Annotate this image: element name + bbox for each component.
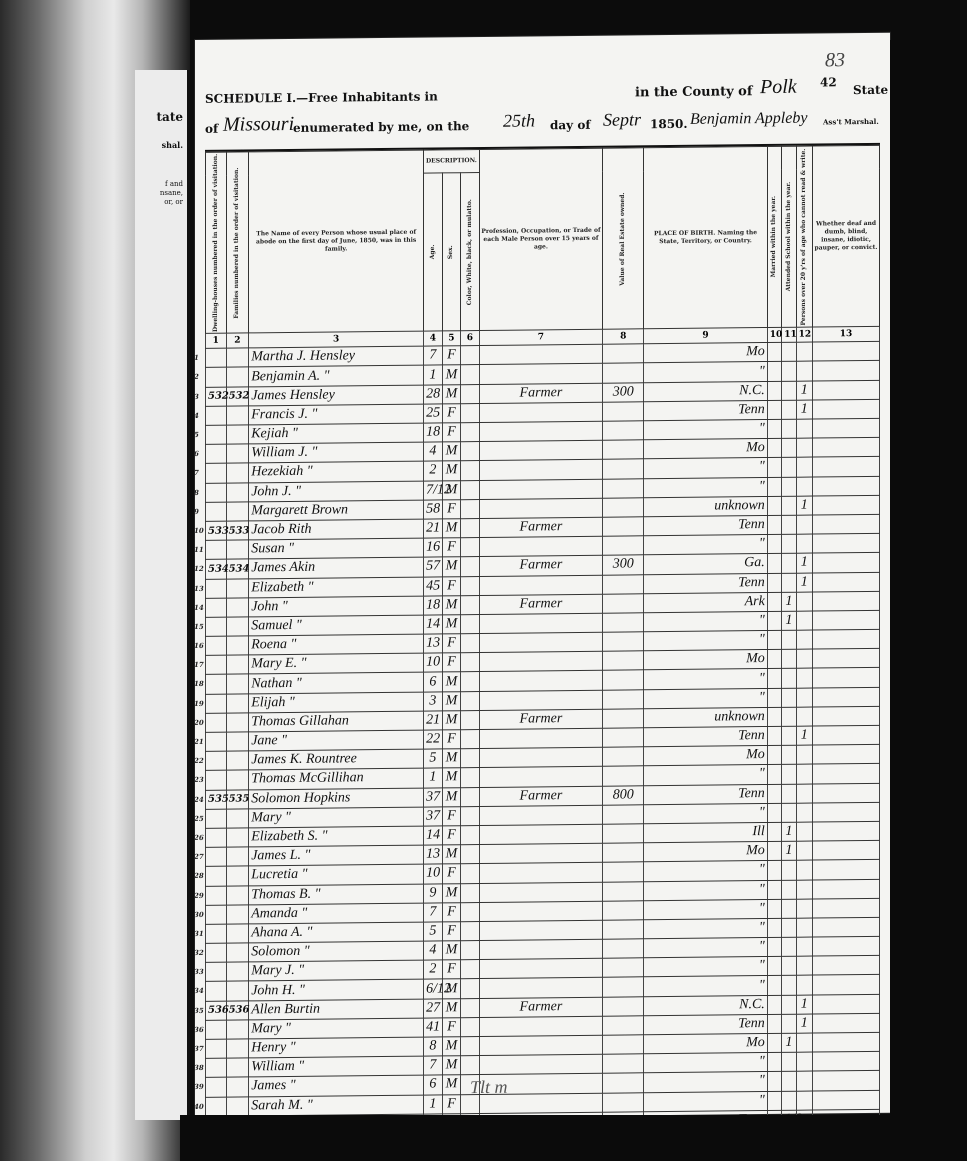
condition [813, 764, 880, 784]
school-mark [782, 995, 796, 1014]
age: 4 [424, 442, 443, 461]
dwelling-number: 25 [206, 809, 227, 828]
line-number: 37 [194, 1044, 204, 1053]
dwelling-number: 40 [206, 1097, 227, 1116]
sex: F [442, 499, 461, 518]
age: 1 [424, 768, 443, 787]
illiterate-mark [796, 784, 812, 803]
age: 5 [424, 922, 443, 941]
sex: M [442, 384, 461, 403]
person-name: Elijah " [249, 692, 424, 713]
census-page: 83 SCHEDULE I.—Free Inhabitants in in th… [195, 33, 890, 1120]
age: 13 [424, 634, 443, 653]
occupation [479, 479, 602, 499]
sex: M [442, 615, 461, 634]
occupation [479, 805, 602, 825]
age: 7/12 [424, 480, 443, 499]
sex: F [442, 346, 461, 365]
occupation [479, 344, 602, 364]
school-mark [782, 899, 796, 918]
occupation [479, 1054, 602, 1074]
school-mark [782, 765, 796, 784]
family-number [226, 617, 249, 636]
school-mark [782, 918, 796, 937]
dwelling-number: 9 [206, 502, 227, 521]
dwelling-number: 5 [206, 425, 227, 444]
age: 58 [424, 500, 443, 519]
census-table: Dwelling-houses numbered in the order of… [205, 143, 880, 1155]
condition [813, 591, 880, 611]
family-number [226, 367, 249, 386]
sex: M [442, 941, 461, 960]
condition [813, 418, 880, 438]
dwelling-value: 533 [208, 525, 229, 536]
family-number [226, 809, 249, 828]
occupation [479, 536, 602, 556]
enumeration-year: 1850. [650, 117, 688, 131]
line-number: 30 [194, 910, 204, 919]
color [461, 845, 480, 864]
age: 7 [424, 903, 443, 922]
occupation [479, 958, 602, 978]
line-number: 27 [194, 852, 204, 861]
real-estate-value [603, 363, 644, 383]
illiterate-mark: 1 [796, 1014, 812, 1033]
sex: M [442, 1075, 461, 1094]
married-mark [767, 592, 781, 611]
real-estate-value [603, 478, 644, 498]
real-estate-value: 300 [603, 555, 644, 575]
real-estate-value [603, 728, 644, 748]
occupation [479, 498, 602, 518]
condition [813, 1071, 880, 1091]
school-mark [782, 1072, 796, 1091]
occupation [479, 671, 602, 691]
condition [813, 956, 880, 976]
school-mark [782, 726, 796, 745]
married-mark [767, 1033, 781, 1052]
school-mark [782, 861, 796, 880]
color [461, 768, 480, 787]
dwelling-number: 37 [206, 1039, 227, 1058]
married-mark [767, 1014, 781, 1033]
occupation [479, 939, 602, 959]
col-header-occupation: Profession, Occupation, or Trade of each… [479, 148, 602, 331]
family-number [226, 540, 249, 559]
married-mark [767, 458, 781, 477]
real-estate-value [603, 536, 644, 556]
dwelling-number: 30 [206, 905, 227, 924]
married-mark [767, 1053, 781, 1072]
school-mark [782, 803, 796, 822]
sex: M [442, 845, 461, 864]
married-mark [767, 880, 781, 899]
sex: F [442, 864, 461, 883]
condition [813, 553, 880, 573]
age: 6/12 [424, 979, 443, 998]
sex: M [442, 365, 461, 384]
dwelling-number: 19 [206, 694, 227, 713]
dwelling-number: 10533 [206, 521, 227, 540]
illiterate-mark [796, 860, 812, 879]
sex: M [442, 442, 461, 461]
condition [813, 783, 880, 803]
person-name: Allen Burtin [249, 999, 424, 1020]
occupation [479, 728, 602, 748]
age: 8 [424, 1037, 443, 1056]
line-number: 39 [194, 1082, 204, 1091]
color [461, 614, 480, 633]
occupation: Farmer [479, 997, 602, 1017]
sex: F [442, 538, 461, 557]
birthplace: " [644, 1091, 767, 1111]
col-header-school: Attended School within the year. [782, 146, 796, 327]
family-number [226, 1058, 249, 1077]
condition [813, 994, 880, 1014]
dwelling-number: 6 [206, 444, 227, 463]
person-name: Mary " [249, 1018, 424, 1039]
illiterate-mark [796, 1052, 812, 1071]
birthplace: N.C. [644, 381, 767, 401]
age: 25 [424, 404, 443, 423]
color [461, 749, 480, 768]
age: 14 [424, 826, 443, 845]
person-name: Samuel " [249, 615, 424, 636]
dwelling-number: 16 [206, 636, 227, 655]
color [461, 806, 480, 825]
occupation [479, 767, 602, 787]
family-number [226, 732, 249, 751]
school-mark: 1 [782, 841, 796, 860]
occupation [479, 978, 602, 998]
sex: F [442, 922, 461, 941]
illiterate-mark [796, 745, 812, 764]
sex: F [442, 634, 461, 653]
dwelling-number: 33 [206, 962, 227, 981]
age: 45 [424, 576, 443, 595]
birthplace: " [644, 362, 767, 382]
col-header-real-estate: Value of Real Estate owned. [603, 148, 644, 330]
illiterate-mark [796, 438, 812, 457]
married-mark [767, 534, 781, 553]
age: 6 [424, 672, 443, 691]
real-estate-value: 300 [603, 382, 644, 402]
birthplace: " [644, 803, 767, 823]
age: 21 [424, 711, 443, 730]
family-number: 535 [226, 790, 249, 809]
real-estate-value: 800 [603, 785, 644, 805]
birthplace: Tenn [644, 400, 767, 420]
school-mark [782, 956, 796, 975]
marshal-label: Ass't Marshal. [823, 117, 879, 127]
condition [813, 821, 880, 841]
person-name: Sarah M. " [249, 1095, 424, 1116]
sex: M [442, 1037, 461, 1056]
age: 37 [424, 787, 443, 806]
occupation [479, 440, 602, 460]
family-number [226, 770, 249, 789]
birthplace: Tenn [644, 784, 767, 804]
school-mark [782, 534, 796, 553]
dwelling-number: 31 [206, 924, 227, 943]
school-mark: 1 [782, 822, 796, 841]
illiterate-mark [796, 1033, 812, 1052]
illiterate-mark: 1 [796, 995, 812, 1014]
family-number [226, 713, 249, 732]
dwelling-number: 1 [206, 348, 227, 367]
person-name: John J. " [249, 481, 424, 502]
person-name: Jacob Rith [249, 519, 424, 540]
dwelling-value: 536 [208, 1005, 229, 1016]
dwelling-number: 39 [206, 1078, 227, 1097]
married-mark [767, 784, 781, 803]
age: 7 [424, 1056, 443, 1075]
birthplace: " [644, 535, 767, 555]
birthplace: Ark [644, 592, 767, 612]
color [461, 384, 480, 403]
family-number [226, 905, 249, 924]
line-number: 36 [194, 1025, 204, 1034]
dwelling-value: 535 [208, 794, 229, 805]
color [461, 403, 480, 422]
illiterate-mark [796, 534, 812, 553]
color [461, 461, 480, 480]
line-number: 33 [194, 967, 204, 976]
school-mark: 1 [782, 611, 796, 630]
family-number: 532 [226, 387, 249, 406]
col-header-married: Married within the year. [767, 146, 781, 327]
color [461, 787, 480, 806]
line-number: 7 [194, 468, 199, 477]
married-mark [767, 803, 781, 822]
age: 57 [424, 557, 443, 576]
dwelling-number: 17 [206, 655, 227, 674]
condition [813, 649, 880, 669]
married-mark [767, 765, 781, 784]
col-header-dwelling: Dwelling-houses numbered in the order of… [206, 152, 227, 333]
line-number: 20 [194, 718, 204, 727]
col-header-sex: Sex. [442, 173, 461, 331]
married-mark [767, 976, 781, 995]
birthplace: " [644, 477, 767, 497]
col-header-birthplace: PLACE OF BIRTH. Naming the State, Territ… [644, 147, 767, 330]
age: 18 [424, 423, 443, 442]
birthplace: Ill [644, 822, 767, 842]
age: 14 [424, 615, 443, 634]
married-mark [767, 611, 781, 630]
color [461, 576, 480, 595]
real-estate-value [603, 1016, 644, 1036]
dwelling-number: 2 [206, 368, 227, 387]
married-mark [767, 861, 781, 880]
family-number [226, 444, 249, 463]
married-mark [767, 630, 781, 649]
color [461, 710, 480, 729]
marshal-signature: Benjamin Appleby [690, 110, 807, 129]
school-mark [782, 630, 796, 649]
line-number: 15 [194, 622, 204, 631]
person-name: Thomas B. " [249, 884, 424, 905]
family-number [226, 751, 249, 770]
real-estate-value [603, 709, 644, 729]
school-mark [782, 688, 796, 707]
person-name: Thomas McGillihan [249, 768, 424, 789]
person-name: Mary " [249, 807, 424, 828]
sex: F [442, 826, 461, 845]
real-estate-value [603, 632, 644, 652]
dwelling-number: 3532 [206, 387, 227, 406]
family-number [226, 1020, 249, 1039]
school-mark [782, 458, 796, 477]
real-estate-value [603, 862, 644, 882]
married-mark [767, 1091, 781, 1110]
dwelling-number: 4 [206, 406, 227, 425]
person-name: Elizabeth S. " [249, 826, 424, 847]
sex: M [442, 998, 461, 1017]
condition [813, 898, 880, 918]
dwelling-number: 27 [206, 847, 227, 866]
real-estate-value [603, 421, 644, 441]
sex: M [442, 883, 461, 902]
dwelling-number: 28 [206, 867, 227, 886]
occupation [479, 843, 602, 863]
occupation: Farmer [479, 594, 602, 614]
real-estate-value [603, 613, 644, 633]
married-mark [767, 515, 781, 534]
enumeration-month: Septr [603, 109, 641, 130]
school-mark [782, 381, 796, 400]
person-name: Amanda " [249, 903, 424, 924]
occupation [479, 651, 602, 671]
real-estate-value [603, 1092, 644, 1112]
birthplace: Ga. [644, 554, 767, 574]
condition [813, 975, 880, 995]
occupation: Farmer [479, 786, 602, 806]
dwelling-value: 532 [208, 391, 229, 402]
age: 13 [424, 845, 443, 864]
dwelling-number: 18 [206, 675, 227, 694]
condition [813, 840, 880, 860]
age: 2 [424, 461, 443, 480]
illiterate-mark [796, 899, 812, 918]
illiterate-mark [796, 611, 812, 630]
line-number: 16 [194, 641, 204, 650]
person-name: James Hensley [249, 385, 424, 406]
line-number: 4 [194, 411, 199, 420]
state-label: State [853, 83, 888, 97]
of-label: of [205, 122, 218, 136]
age: 10 [424, 653, 443, 672]
sex: M [442, 672, 461, 691]
condition [813, 361, 880, 381]
age: 1 [424, 1094, 443, 1113]
married-mark [767, 650, 781, 669]
occupation [479, 882, 602, 902]
family-number [226, 847, 249, 866]
married-mark [767, 669, 781, 688]
person-name: Margarett Brown [249, 500, 424, 521]
color [461, 998, 480, 1017]
header-line-2: of Missouri enumerated by me, on the 25t… [205, 109, 885, 140]
age: 2 [424, 960, 443, 979]
color [461, 346, 480, 365]
person-name: William J. " [249, 442, 424, 463]
line-number: 34 [194, 986, 204, 995]
line-number: 26 [194, 833, 204, 842]
married-mark [767, 419, 781, 438]
color [461, 423, 480, 442]
birthplace: " [644, 688, 767, 708]
dwelling-number: 36 [206, 1020, 227, 1039]
state-name: Missouri [223, 113, 294, 137]
person-name: William " [249, 1056, 424, 1077]
married-mark [767, 746, 781, 765]
condition [813, 687, 880, 707]
person-name: Susan " [249, 538, 424, 559]
age: 28 [424, 385, 443, 404]
age: 9 [424, 883, 443, 902]
illiterate-mark: 1 [796, 400, 812, 419]
real-estate-value [603, 689, 644, 709]
illiterate-mark [796, 1071, 812, 1090]
family-number [226, 924, 249, 943]
school-mark [782, 976, 796, 995]
occupation [479, 1016, 602, 1036]
illiterate-mark [796, 822, 812, 841]
married-mark [767, 726, 781, 745]
age: 16 [424, 538, 443, 557]
school-mark [782, 573, 796, 592]
illiterate-mark [796, 477, 812, 496]
family-number [226, 1077, 249, 1096]
schedule-title: SCHEDULE I.—Free Inhabitants in [205, 89, 438, 105]
sex: F [442, 423, 461, 442]
county-label: in the County of [635, 84, 752, 100]
married-mark [767, 995, 781, 1014]
school-mark [782, 419, 796, 438]
dwelling-number: 26 [206, 828, 227, 847]
birthplace: Mo [644, 343, 767, 363]
real-estate-value [603, 517, 644, 537]
enumeration-day: 25th [503, 110, 535, 131]
dwelling-number: 13 [206, 579, 227, 598]
person-name: James L. " [249, 845, 424, 866]
line-number: 40 [194, 1101, 204, 1110]
occupation [479, 1035, 602, 1055]
line-number: 32 [194, 948, 204, 957]
dwelling-number: 8 [206, 483, 227, 502]
age: 6 [424, 1075, 443, 1094]
line-number: 8 [194, 488, 199, 497]
occupation [479, 613, 602, 633]
real-estate-value [603, 977, 644, 997]
condition [813, 725, 880, 745]
birthplace: " [644, 420, 767, 440]
real-estate-value [603, 958, 644, 978]
family-number [226, 828, 249, 847]
illiterate-mark: 1 [796, 381, 812, 400]
illiterate-mark [796, 841, 812, 860]
line-number: 28 [194, 871, 204, 880]
color [461, 730, 480, 749]
person-name: Jane " [249, 730, 424, 751]
school-mark [782, 649, 796, 668]
col-header-color: Color, White, black, or mulatto. [461, 173, 480, 331]
birthplace: Mo [644, 1034, 767, 1054]
real-estate-value [603, 670, 644, 690]
condition [813, 476, 880, 496]
color [461, 365, 480, 384]
